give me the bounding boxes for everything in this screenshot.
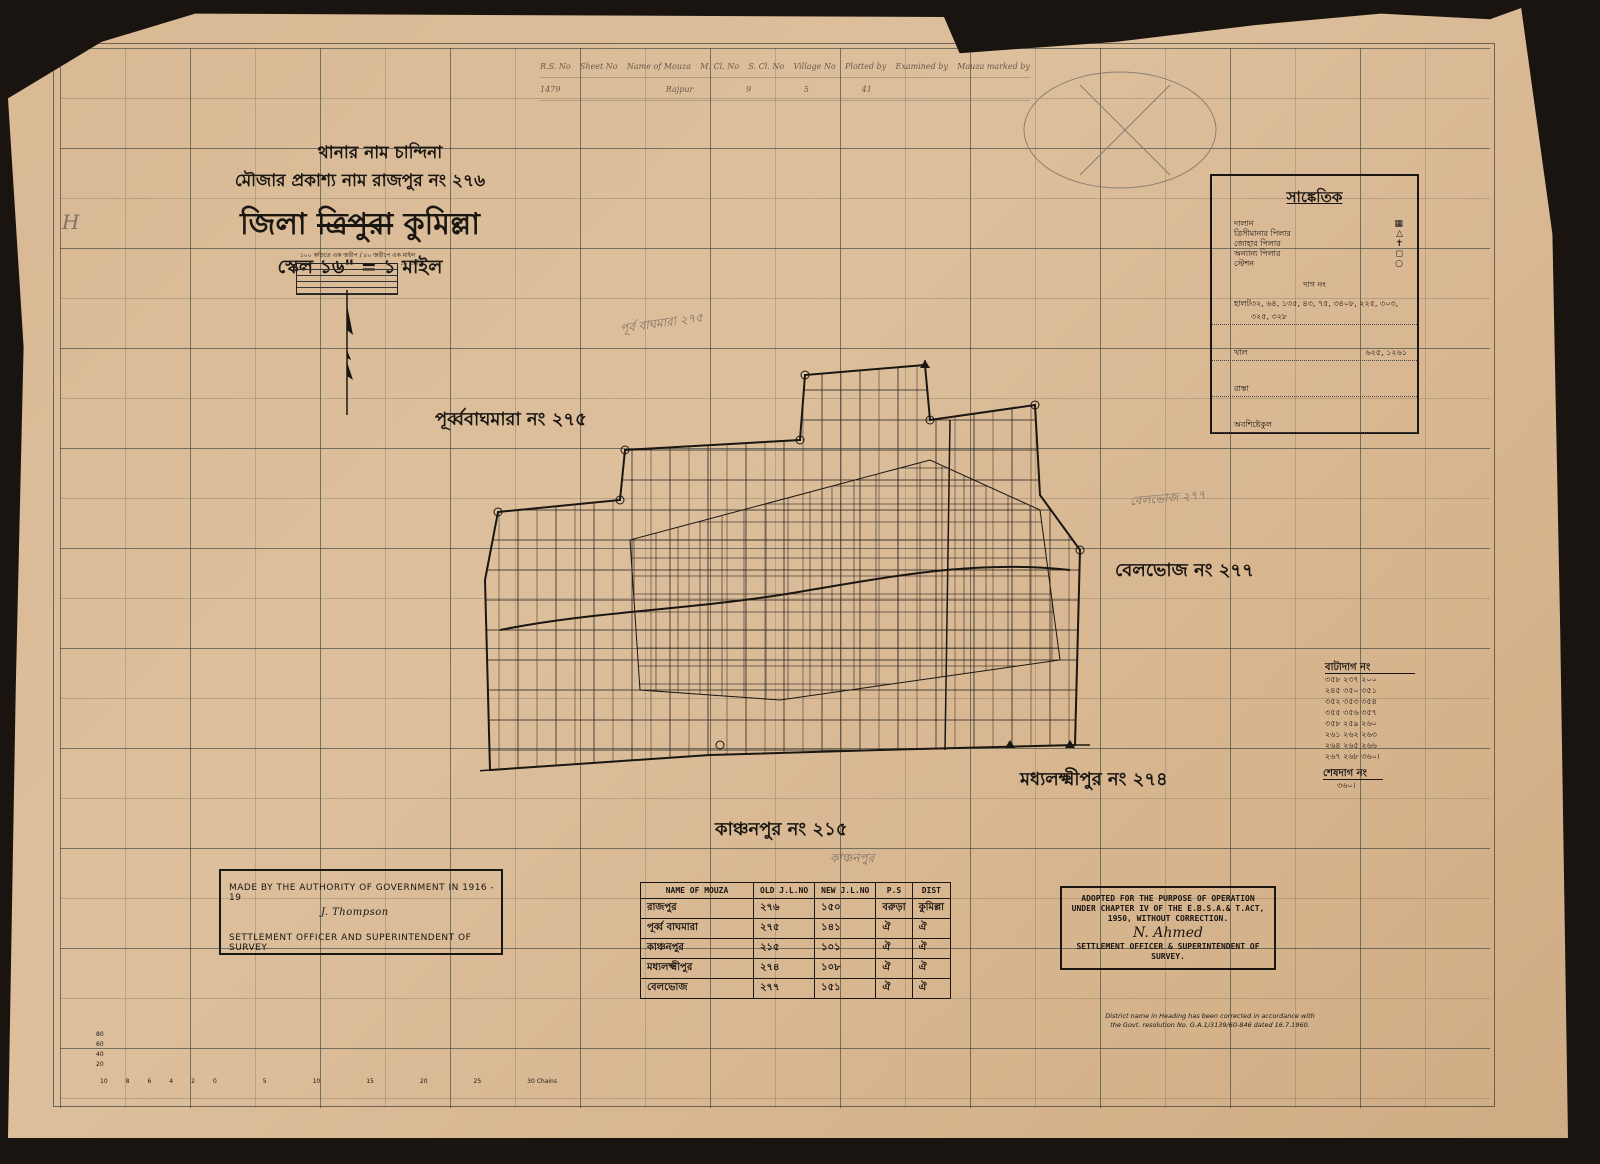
cell: ঐ (876, 939, 912, 959)
cell: ঐ (876, 979, 912, 999)
bata-dag-row: ৩৫৮ ২৩৭ ২০০ (1325, 674, 1415, 685)
adoption-line-4: SETTLEMENT OFFICER & SUPERINTENDENT OF (1062, 942, 1274, 952)
legend-line-label: অবশিষ্টেকুল (1234, 419, 1272, 432)
mouza-name: মৌজার প্রকাশ্য নাম রাজপুর নং ২৭৬ (200, 168, 520, 196)
legend-row-johar-pillar: জোহার পিলার✝ (1212, 239, 1417, 249)
legend-row-building: দালান▦ (1212, 219, 1417, 229)
cell: ১৪১ (815, 919, 876, 939)
map-sheet: R.S. No Sheet No Name of Mouza M. Cl. No… (0, 0, 1600, 1164)
adoption-signature: N. Ahmed (1062, 928, 1274, 938)
cell: ২১৫ (754, 939, 815, 959)
district-struck: ত্রিপুরা (317, 207, 393, 242)
circle-icon: ○ (1395, 259, 1403, 269)
col-plotted-by: Plotted by (845, 62, 886, 71)
scale-bar-caption: ১০০ কড়িতে এক জরীপ / ৮০ জরীপে এক মাইল (300, 250, 415, 261)
bata-dag-row: ৩৫৫ ৩৫৬ ৩৫৭ (1325, 707, 1415, 718)
neighbour-east: বেলভোজ নং ২৭৭ (1115, 556, 1254, 587)
scale-tick: 2 (191, 1078, 195, 1085)
authority-line: MADE BY THE AUTHORITY OF GOVERNMENT IN 1… (229, 883, 501, 903)
table-row: বেলভোজ২৭৭১৫১ঐঐ (641, 979, 951, 999)
val-s-cl-no: 5 (804, 85, 809, 94)
legend-line-label: হালট (1234, 298, 1251, 324)
bata-dag-row: ২৬১ ২৬২ ২৬৩ (1325, 729, 1415, 740)
cell: ১০৮ (815, 959, 876, 979)
legend-row-station: স্টেশন○ (1212, 259, 1417, 269)
cell: বেলভোজ (641, 979, 754, 999)
cell: রাজপুর (641, 899, 754, 919)
cell: ২৭৭ (754, 979, 815, 999)
authority-officer: SETTLEMENT OFFICER AND SUPERINTENDENT OF… (229, 933, 501, 953)
legend-label: দালান (1234, 219, 1254, 229)
cell: ২৭৪ (754, 959, 815, 979)
col-examined-by: Examined by (895, 62, 947, 71)
authority-box: MADE BY THE AUTHORITY OF GOVERNMENT IN 1… (219, 869, 503, 955)
neighbour-north-west: পূর্ব্ববাঘমারা নং ২৭৫ (435, 405, 587, 436)
col-new-jl: NEW J.L.NO (815, 883, 876, 899)
scale-tick: 5 (263, 1078, 267, 1085)
record-strip-headers: R.S. No Sheet No Name of Mouza M. Cl. No… (540, 55, 1030, 78)
district-prefix: জিলা (240, 207, 306, 242)
val-name-of-mouza: Rajpur (666, 85, 694, 94)
legend-dag-heading: দাগ নং (1212, 279, 1417, 292)
correction-note-line-1: District name in Heading has been correc… (1095, 1012, 1325, 1021)
cell: ঐ (912, 959, 950, 979)
legend-line-label: রাস্তা (1234, 383, 1249, 396)
bata-dag-row: ৩৫৮ ২৫৯ ২৬০ (1325, 718, 1415, 729)
val-rs-no: 1479 (540, 85, 560, 94)
chain-scale-ticks: 10 8 6 4 2 0 5 10 15 20 25 30 Chains (100, 1078, 557, 1085)
jl-number-table: NAME OF MOUZA OLD J.L.NO NEW J.L.NO P.S … (640, 882, 951, 999)
adoption-line-3: 1950, WITHOUT CORRECTION. (1062, 914, 1274, 924)
legend-label: স্টেশন (1234, 259, 1254, 269)
bata-dag-row: ৩৫২ ৩৫৩ ৩৫৪ (1325, 696, 1415, 707)
scale-tick: 8 (126, 1078, 130, 1085)
pencil-note-h: H (62, 210, 79, 234)
legend-line-value: ৬২৫, ১২৬১ (1366, 347, 1407, 360)
cell: ঐ (912, 979, 950, 999)
scale-tick: 6 (147, 1078, 151, 1085)
scale-tick: 0 (213, 1078, 217, 1085)
legend-line-remaining: অবশিষ্টেকুল (1212, 419, 1417, 433)
north-arrow-icon (345, 290, 353, 415)
scale-tick: 20 (420, 1078, 428, 1085)
square-icon: ◻ (1396, 249, 1403, 259)
last-dag-heading: শেষদাগ নং (1323, 768, 1383, 780)
cell: ঐ (912, 919, 950, 939)
scale-tick: 80 (96, 1030, 104, 1040)
triangle-icon: △ (1396, 229, 1403, 239)
adoption-line-2: UNDER CHAPTER IV OF THE E.B.S.A.& T.ACT, (1062, 904, 1274, 914)
scale-tick: 40 (96, 1050, 104, 1060)
col-village-no: Village No (793, 62, 835, 71)
bata-dag-row: ২৬৪ ২৬৫ ২৬৬ (1325, 740, 1415, 751)
cell: পূর্ব্ব বাঘমারা (641, 919, 754, 939)
scale-tick: 30 Chains (527, 1078, 557, 1085)
pencil-note-south: কাঞ্চনপুর (830, 850, 874, 870)
scale-tick: 10 (100, 1078, 108, 1085)
neighbour-south: কাঞ্চনপুর নং ২১৫ (715, 815, 848, 846)
building-icon: ▦ (1394, 219, 1403, 229)
bata-dag-list: বাটাদাগ নং ৩৫৮ ২৩৭ ২০০ ২৪৫ ৩৫০ ৩৫১ ৩৫২ ৩… (1325, 662, 1415, 762)
legend-line-road: রাস্তা (1212, 383, 1417, 397)
legend-title: সাঙ্কেতিক (1212, 186, 1417, 211)
col-old-jl: OLD J.L.NO (754, 883, 815, 899)
correction-note: District name in Heading has been correc… (1095, 1012, 1325, 1030)
cell: কাঞ্চনপুর (641, 939, 754, 959)
cell: ঐ (876, 919, 912, 939)
district-corrected: কুমিল্লা (404, 207, 480, 242)
cell: ঐ (912, 939, 950, 959)
scale-tick: 4 (169, 1078, 173, 1085)
legend-line-khal: খাল৬২৫, ১২৬১ (1212, 347, 1417, 361)
table-header-row: NAME OF MOUZA OLD J.L.NO NEW J.L.NO P.S … (641, 883, 951, 899)
scale-tick: 25 (474, 1078, 482, 1085)
scale-tick: 20 (96, 1060, 104, 1070)
cell: মধ্যলক্ষ্মীপুর (641, 959, 754, 979)
scale-bar-end: ১০ জরীপ (400, 258, 424, 269)
val-village-no: 41 (862, 85, 872, 94)
table-row: কাঞ্চনপুর২১৫১০১ঐঐ (641, 939, 951, 959)
col-name-of-mouza: Name of Mouza (627, 62, 691, 71)
legend-line-halot: হালট৩২, ৬৪, ১৩৫, ৪৩, ৭৫, ৩৪০৮, ২২৫, ৩০৩,… (1212, 298, 1417, 325)
legend-label: জোহার পিলার (1234, 239, 1281, 249)
col-m-cl-no: M. Cl. No (700, 62, 739, 71)
legend-line-label: খাল (1234, 347, 1248, 360)
cell: ঐ (876, 959, 912, 979)
val-m-cl-no: 9 (746, 85, 751, 94)
pencil-ellipse (1020, 65, 1220, 195)
bata-dag-row: ২৪৫ ৩৫০ ৩৫১ (1325, 685, 1415, 696)
cell: কুমিল্লা (912, 899, 950, 919)
legend-label: ত্রিসীমানার পিলার (1234, 229, 1291, 239)
adoption-line-5: SURVEY. (1062, 952, 1274, 962)
col-ps: P.S (876, 883, 912, 899)
col-s-cl-no: S. Cl. No (748, 62, 784, 71)
legend-row-tri-pillar: ত্রিসীমানার পিলার△ (1212, 229, 1417, 239)
cell: ১৫০ (815, 899, 876, 919)
cell: ১৫১ (815, 979, 876, 999)
thana-name: থানার নাম চান্দিনা (240, 140, 520, 168)
col-marked-by: Mauza marked by (957, 62, 1030, 71)
cell: ২৭৫ (754, 919, 815, 939)
table-row: পূর্ব্ব বাঘমারা২৭৫১৪১ঐঐ (641, 919, 951, 939)
neighbour-south-east: মধ্যলক্ষ্মীপুর নং ২৭৪ (1020, 765, 1168, 796)
bata-dag-heading: বাটাদাগ নং (1325, 662, 1415, 674)
scale-tick: 10 (313, 1078, 321, 1085)
col-dist: DIST (912, 883, 950, 899)
cross-icon: ✝ (1395, 239, 1403, 249)
legend-row-other-pillar: অন্যান্য পিলার◻ (1212, 249, 1417, 259)
last-dag-value: ৩৬০। (1323, 780, 1383, 791)
cell: বরুড়া (876, 899, 912, 919)
correction-note-line-2: the Govt. resolution No. G.A.1/3139/60-8… (1095, 1021, 1325, 1030)
table-row: মধ্যলক্ষ্মীপুর২৭৪১০৮ঐঐ (641, 959, 951, 979)
authority-signature: J. Thompson (321, 907, 389, 918)
scale-tick: 15 (366, 1078, 374, 1085)
col-rs-no: R.S. No (540, 62, 571, 71)
cell: ১০১ (815, 939, 876, 959)
record-strip: R.S. No Sheet No Name of Mouza M. Cl. No… (540, 55, 1030, 101)
scale-tick: 60 (96, 1040, 104, 1050)
table-row: রাজপুর২৭৬১৫০বরুড়াকুমিল্লা (641, 899, 951, 919)
cell: ২৭৬ (754, 899, 815, 919)
adoption-stamp: ADOPTED FOR THE PURPOSE OF OPERATION UND… (1060, 886, 1276, 970)
record-strip-values: 1479 Rajpur 9 5 41 (540, 78, 1030, 101)
legend-line-value: ৩২, ৬৪, ১৩৫, ৪৩, ৭৫, ৩৪০৮, ২২৫, ৩০৩, ৩২৫… (1251, 298, 1407, 324)
bata-dag-row: ২৬৭ ২৬৮ ৩৬০। (1325, 751, 1415, 762)
vertical-scale-ticks: 80 60 40 20 (96, 1030, 104, 1070)
col-name-of-mouza: NAME OF MOUZA (641, 883, 754, 899)
last-dag-box: শেষদাগ নং ৩৬০। (1323, 768, 1383, 791)
district-name: জিলা ত্রিপুরা কুমিল্লা (200, 200, 520, 251)
adoption-line-1: ADOPTED FOR THE PURPOSE OF OPERATION (1062, 894, 1274, 904)
legend-label: অন্যান্য পিলার (1234, 249, 1280, 259)
col-sheet-no: Sheet No (580, 62, 618, 71)
legend-box: সাঙ্কেতিক দালান▦ ত্রিসীমানার পিলার△ জোহা… (1210, 174, 1419, 434)
